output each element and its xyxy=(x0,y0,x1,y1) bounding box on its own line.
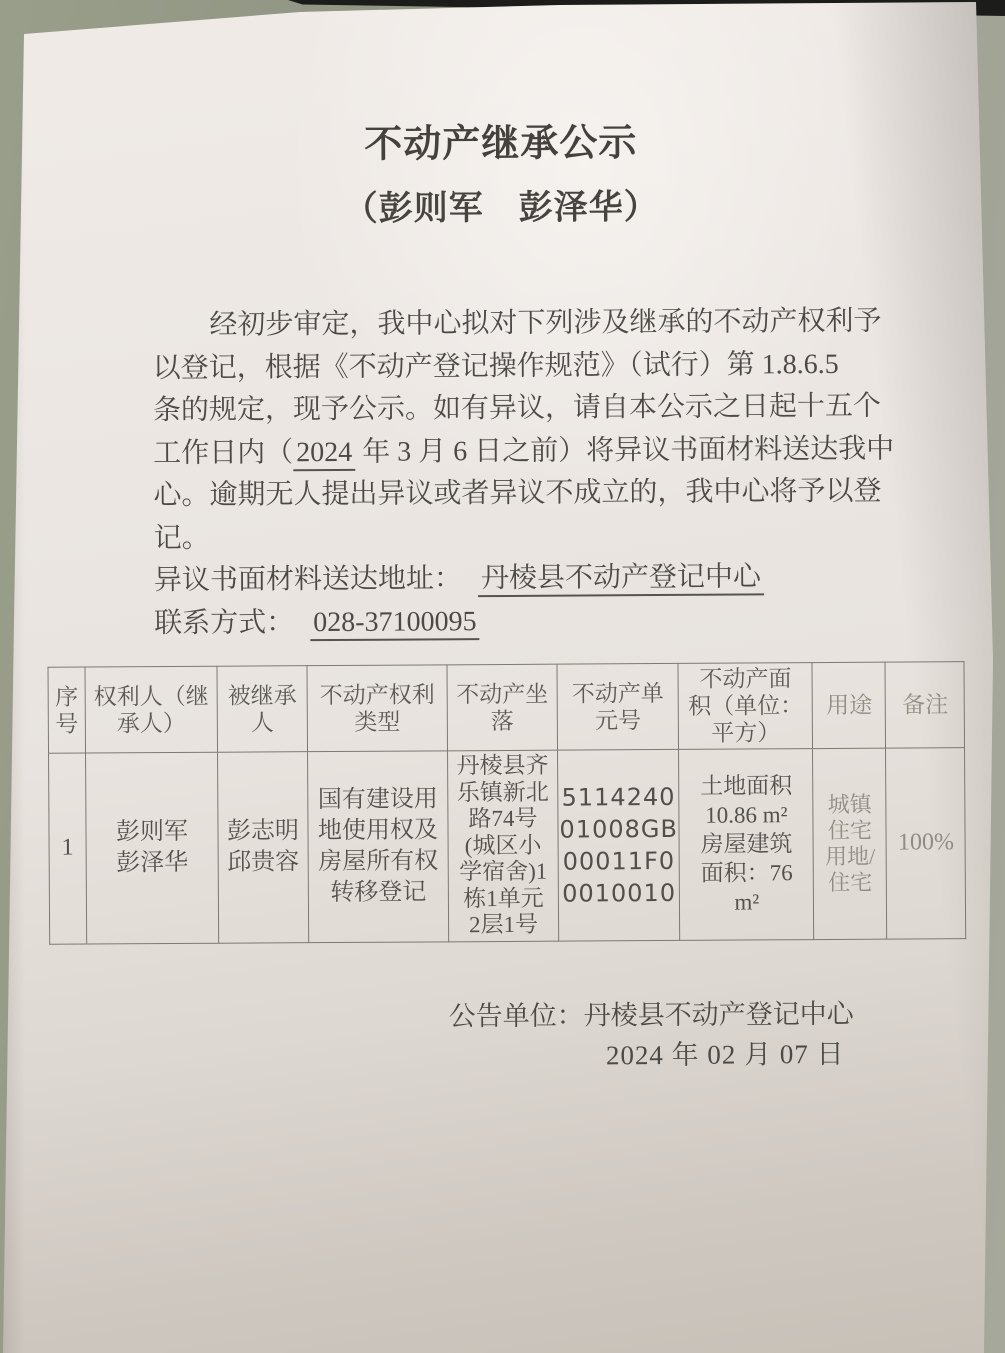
document-content: 不动产继承公示 （彭则军 彭泽华） 经初步审定，我中心拟对下列涉及继承的不动产权… xyxy=(0,0,1005,1353)
header-serial: 序 号 xyxy=(48,667,86,753)
cell-usage: 城镇 住宅 用地/ 住宅 xyxy=(813,748,887,939)
issue-date: 2024 年 02 月 07 日 xyxy=(606,1032,845,1072)
cell-area: 土地面积 10.86 m² 房屋建筑 面积：76 m² xyxy=(679,749,814,940)
header-unit-number: 不动产单 元号 xyxy=(557,663,679,750)
deadline-year-underlined: 2024 xyxy=(293,436,355,470)
notice-line: 经初步审定，我中心拟对下列涉及继承的不动产权利予 xyxy=(152,301,897,348)
cell-remark: 100% xyxy=(886,748,966,939)
contact-line: 联系方式：028-37100095 xyxy=(154,598,899,645)
address-value: 丹棱县不动产登记中心 xyxy=(478,561,764,597)
issuer-value: 丹棱县不动产登记中心 xyxy=(584,999,854,1031)
contact-label: 联系方式： xyxy=(154,607,294,639)
notice-line: 以登记，根据《不动产登记操作规范》（试行）第 1.8.6.5 xyxy=(153,343,898,390)
document-subtitle: （彭则军 彭泽华） xyxy=(0,177,1004,232)
notice-line: 心。逾期无人提出异议或者异议不成立的，我中心将予以登 xyxy=(153,471,898,518)
notice-line: 工作日内（2024 年 3 月 6 日之前）将异议书面材料送达我中 xyxy=(153,428,898,475)
notice-line: 记。 xyxy=(154,513,899,560)
header-area: 不动产面 积（单位： 平方） xyxy=(678,663,813,750)
notice-line-pre: 工作日内（ xyxy=(153,437,293,469)
notice-line: 条的规定，现予公示。如有异议，请自本公示之日起十五个 xyxy=(153,386,898,433)
table-header-row: 序 号 权利人（继 承人） 被继承 人 不动产权利 类型 不动产坐 落 不动产单… xyxy=(48,662,965,754)
header-usage: 用途 xyxy=(812,662,886,748)
header-decedents: 被继承 人 xyxy=(217,666,308,753)
document-title: 不动产继承公示 xyxy=(0,109,1003,170)
cell-serial: 1 xyxy=(49,753,87,944)
header-right-type: 不动产权利 类型 xyxy=(307,665,448,752)
cell-right-type: 国有建设用 地使用权及 房屋所有权 转移登记 xyxy=(308,751,449,942)
notice-line-post: 年 3 月 6 日之前）将异议书面材料送达我中 xyxy=(355,433,894,467)
contact-value: 028-37100095 xyxy=(310,606,480,641)
notice-paragraph: 经初步审定，我中心拟对下列涉及继承的不动产权利予 以登记，根据《不动产登记操作规… xyxy=(152,301,899,646)
cell-location: 丹棱县齐 乐镇新北 路74号 (城区小 学宿舍)1 栋1单元 2层1号 xyxy=(448,750,559,941)
issuer-line: 公告单位：丹棱县不动产登记中心 xyxy=(449,992,854,1033)
photo-scene: 不动产继承公示 （彭则军 彭泽华） 经初步审定，我中心拟对下列涉及继承的不动产权… xyxy=(0,0,1005,1353)
cell-unit-number: 5114240 01008GB 00011F0 0010010 xyxy=(558,749,681,940)
table-row: 1 彭则军 彭泽华 彭志明 邱贵容 国有建设用 地使用权及 房屋所有权 转移登记… xyxy=(49,748,967,944)
cell-decedents: 彭志明 邱贵容 xyxy=(218,752,309,943)
header-remark: 备注 xyxy=(885,662,965,748)
header-heirs: 权利人（继 承人） xyxy=(85,666,218,753)
issuer-label: 公告单位： xyxy=(449,1001,584,1032)
address-label: 异议书面材料送达地址： xyxy=(154,563,462,596)
header-location: 不动产坐 落 xyxy=(447,664,558,751)
document-paper: 不动产继承公示 （彭则军 彭泽华） 经初步审定，我中心拟对下列涉及继承的不动产权… xyxy=(0,0,1005,1353)
address-line: 异议书面材料送达地址：丹棱县不动产登记中心 xyxy=(154,556,899,603)
cell-heirs: 彭则军 彭泽华 xyxy=(86,752,219,943)
property-table: 序 号 权利人（继 承人） 被继承 人 不动产权利 类型 不动产坐 落 不动产单… xyxy=(47,661,966,944)
